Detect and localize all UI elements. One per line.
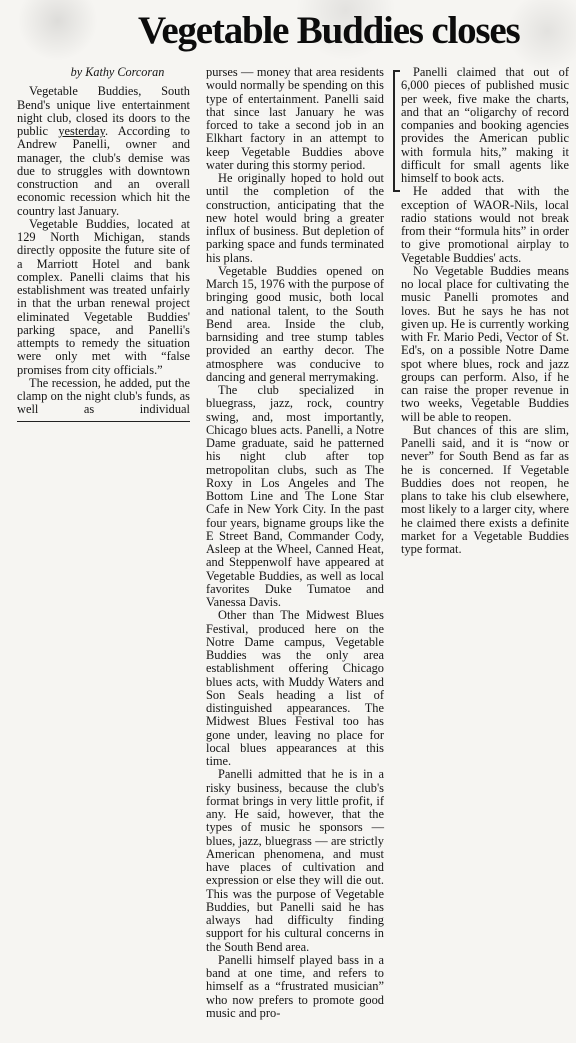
underlined-word: yesterday: [58, 124, 105, 138]
paragraph: Panelli admitted that he is in a risky b…: [206, 768, 384, 954]
column-divider-rule: [17, 421, 190, 422]
column-2: purses — money that area residents would…: [206, 66, 384, 1020]
column-3: Panelli claimed that out of 6,000 pieces…: [401, 66, 569, 556]
byline: by Kathy Corcoran: [45, 66, 190, 79]
paragraph: Vegetable Buddies, South Bend's unique l…: [17, 85, 190, 218]
paragraph: Vegetable Buddies, located at 129 North …: [17, 218, 190, 377]
paragraph: No Vegetable Buddies means no local plac…: [401, 265, 569, 424]
paragraph-text: . According to Andrew Panelli, owner and…: [17, 124, 190, 218]
paragraph: The recession, he added, put the clamp o…: [17, 377, 190, 417]
paragraph: purses — money that area residents would…: [206, 66, 384, 172]
paragraph: Panelli himself played bass in a band at…: [206, 954, 384, 1020]
paragraph: But chances of this are slim, Panelli sa…: [401, 424, 569, 557]
paragraph: He originally hoped to hold out until th…: [206, 172, 384, 265]
headline: Vegetable Buddies closes: [138, 8, 568, 54]
column-1: by Kathy Corcoran Vegetable Buddies, Sou…: [17, 66, 190, 417]
paragraph: He added that with the exception of WAOR…: [401, 185, 569, 265]
paragraph: Panelli claimed that out of 6,000 pieces…: [401, 66, 569, 185]
paragraph: Vegetable Buddies opened on March 15, 19…: [206, 265, 384, 384]
paragraph: The club specialized in bluegrass, jazz,…: [206, 384, 384, 609]
paragraph: Other than The Midwest Blues Festival, p…: [206, 609, 384, 768]
bracket-mark: [393, 70, 400, 192]
